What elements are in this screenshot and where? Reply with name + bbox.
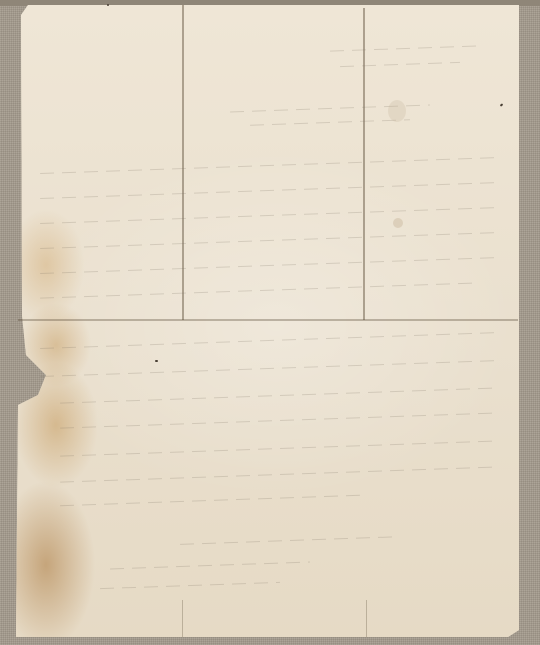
letter-sheet	[16, 5, 519, 637]
vertical-fold-left	[182, 5, 184, 320]
stain-spot	[393, 218, 403, 228]
lower-crease-left	[182, 600, 183, 637]
horizontal-fold	[18, 319, 518, 321]
vertical-fold-right	[363, 8, 365, 320]
stain-spot	[388, 100, 406, 122]
ink-speck	[155, 360, 158, 362]
ink-speck	[107, 4, 109, 6]
lower-crease-right	[366, 600, 367, 637]
